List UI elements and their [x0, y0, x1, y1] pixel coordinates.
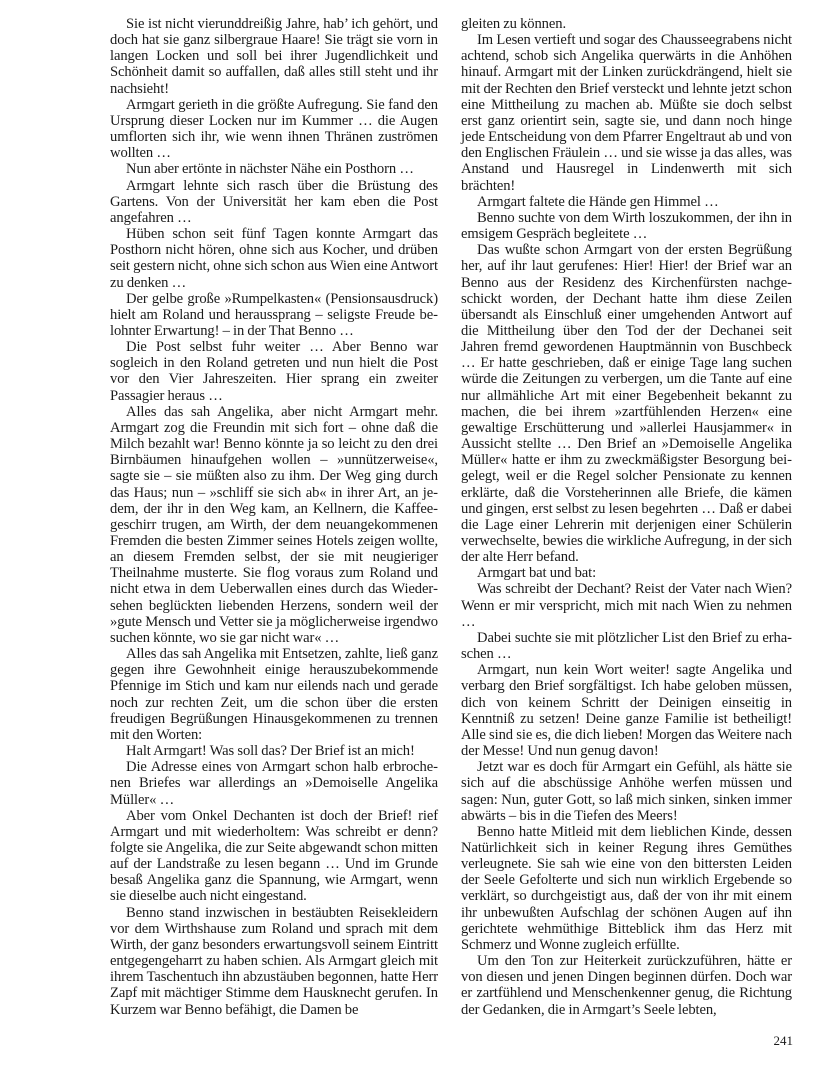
- paragraph: Um den Ton zur Heiterkeit zurückzuführen…: [461, 953, 792, 1018]
- paragraph: Armgart faltete die Hände gen Himmel …: [461, 194, 792, 210]
- paragraph: Armgart lehnte sich rasch über die Brüst…: [110, 178, 438, 226]
- paragraph: Alles das sah Angelika, aber nicht Armga…: [110, 404, 438, 646]
- paragraph: Jetzt war es doch für Armgart ein Gefühl…: [461, 759, 792, 824]
- paragraph: Im Lesen vertieft und sogar des Chaussee…: [461, 32, 792, 194]
- paragraph: Benno hatte Mitleid mit dem lieblichen K…: [461, 824, 792, 953]
- paragraph: Die Post selbst fuhr weiter … Aber Benno…: [110, 339, 438, 404]
- paragraph: Benno stand inzwischen in bestäubten Rei…: [110, 905, 438, 1018]
- paragraph: Alles das sah Angelika mit Entsetzen, za…: [110, 646, 438, 743]
- paragraph: Der gelbe große »Rumpelkasten« (Pensions…: [110, 291, 438, 339]
- book-page: Sie ist nicht vierunddreißig Jahre, hab’…: [0, 0, 819, 1065]
- paragraph: Armgart, nun kein Wort weiter! sagte Ang…: [461, 662, 792, 759]
- paragraph: Armgart gerieth in die größte Aufregung.…: [110, 97, 438, 162]
- paragraph: Dabei suchte sie mit plötzlicher List de…: [461, 630, 792, 662]
- paragraph: Halt Armgart! Was soll das? Der Brief is…: [110, 743, 438, 759]
- paragraph: Hüben schon seit fünf Tagen konnte Armga…: [110, 226, 438, 291]
- left-text-column: Sie ist nicht vierunddreißig Jahre, hab’…: [110, 16, 438, 1018]
- paragraph: Sie ist nicht vierunddreißig Jahre, hab’…: [110, 16, 438, 97]
- paragraph: Was schreibt der Dechant? Reist der Vate…: [461, 581, 792, 629]
- paragraph: Die Adresse eines von Armgart schon halb…: [110, 759, 438, 807]
- page-number: 241: [771, 1033, 793, 1049]
- right-text-column: gleiten zu können. Im Lesen vertieft und…: [461, 16, 792, 1018]
- paragraph-continuation: gleiten zu können.: [461, 16, 792, 32]
- paragraph: Nun aber ertönte in nächster Nähe ein Po…: [110, 161, 438, 177]
- paragraph: Aber vom Onkel Dechanten ist doch der Br…: [110, 808, 438, 905]
- paragraph: Armgart bat und bat:: [461, 565, 792, 581]
- paragraph: Das wußte schon Armgart von der ersten B…: [461, 242, 792, 565]
- paragraph: Benno suchte von dem Wirth loszukommen, …: [461, 210, 792, 242]
